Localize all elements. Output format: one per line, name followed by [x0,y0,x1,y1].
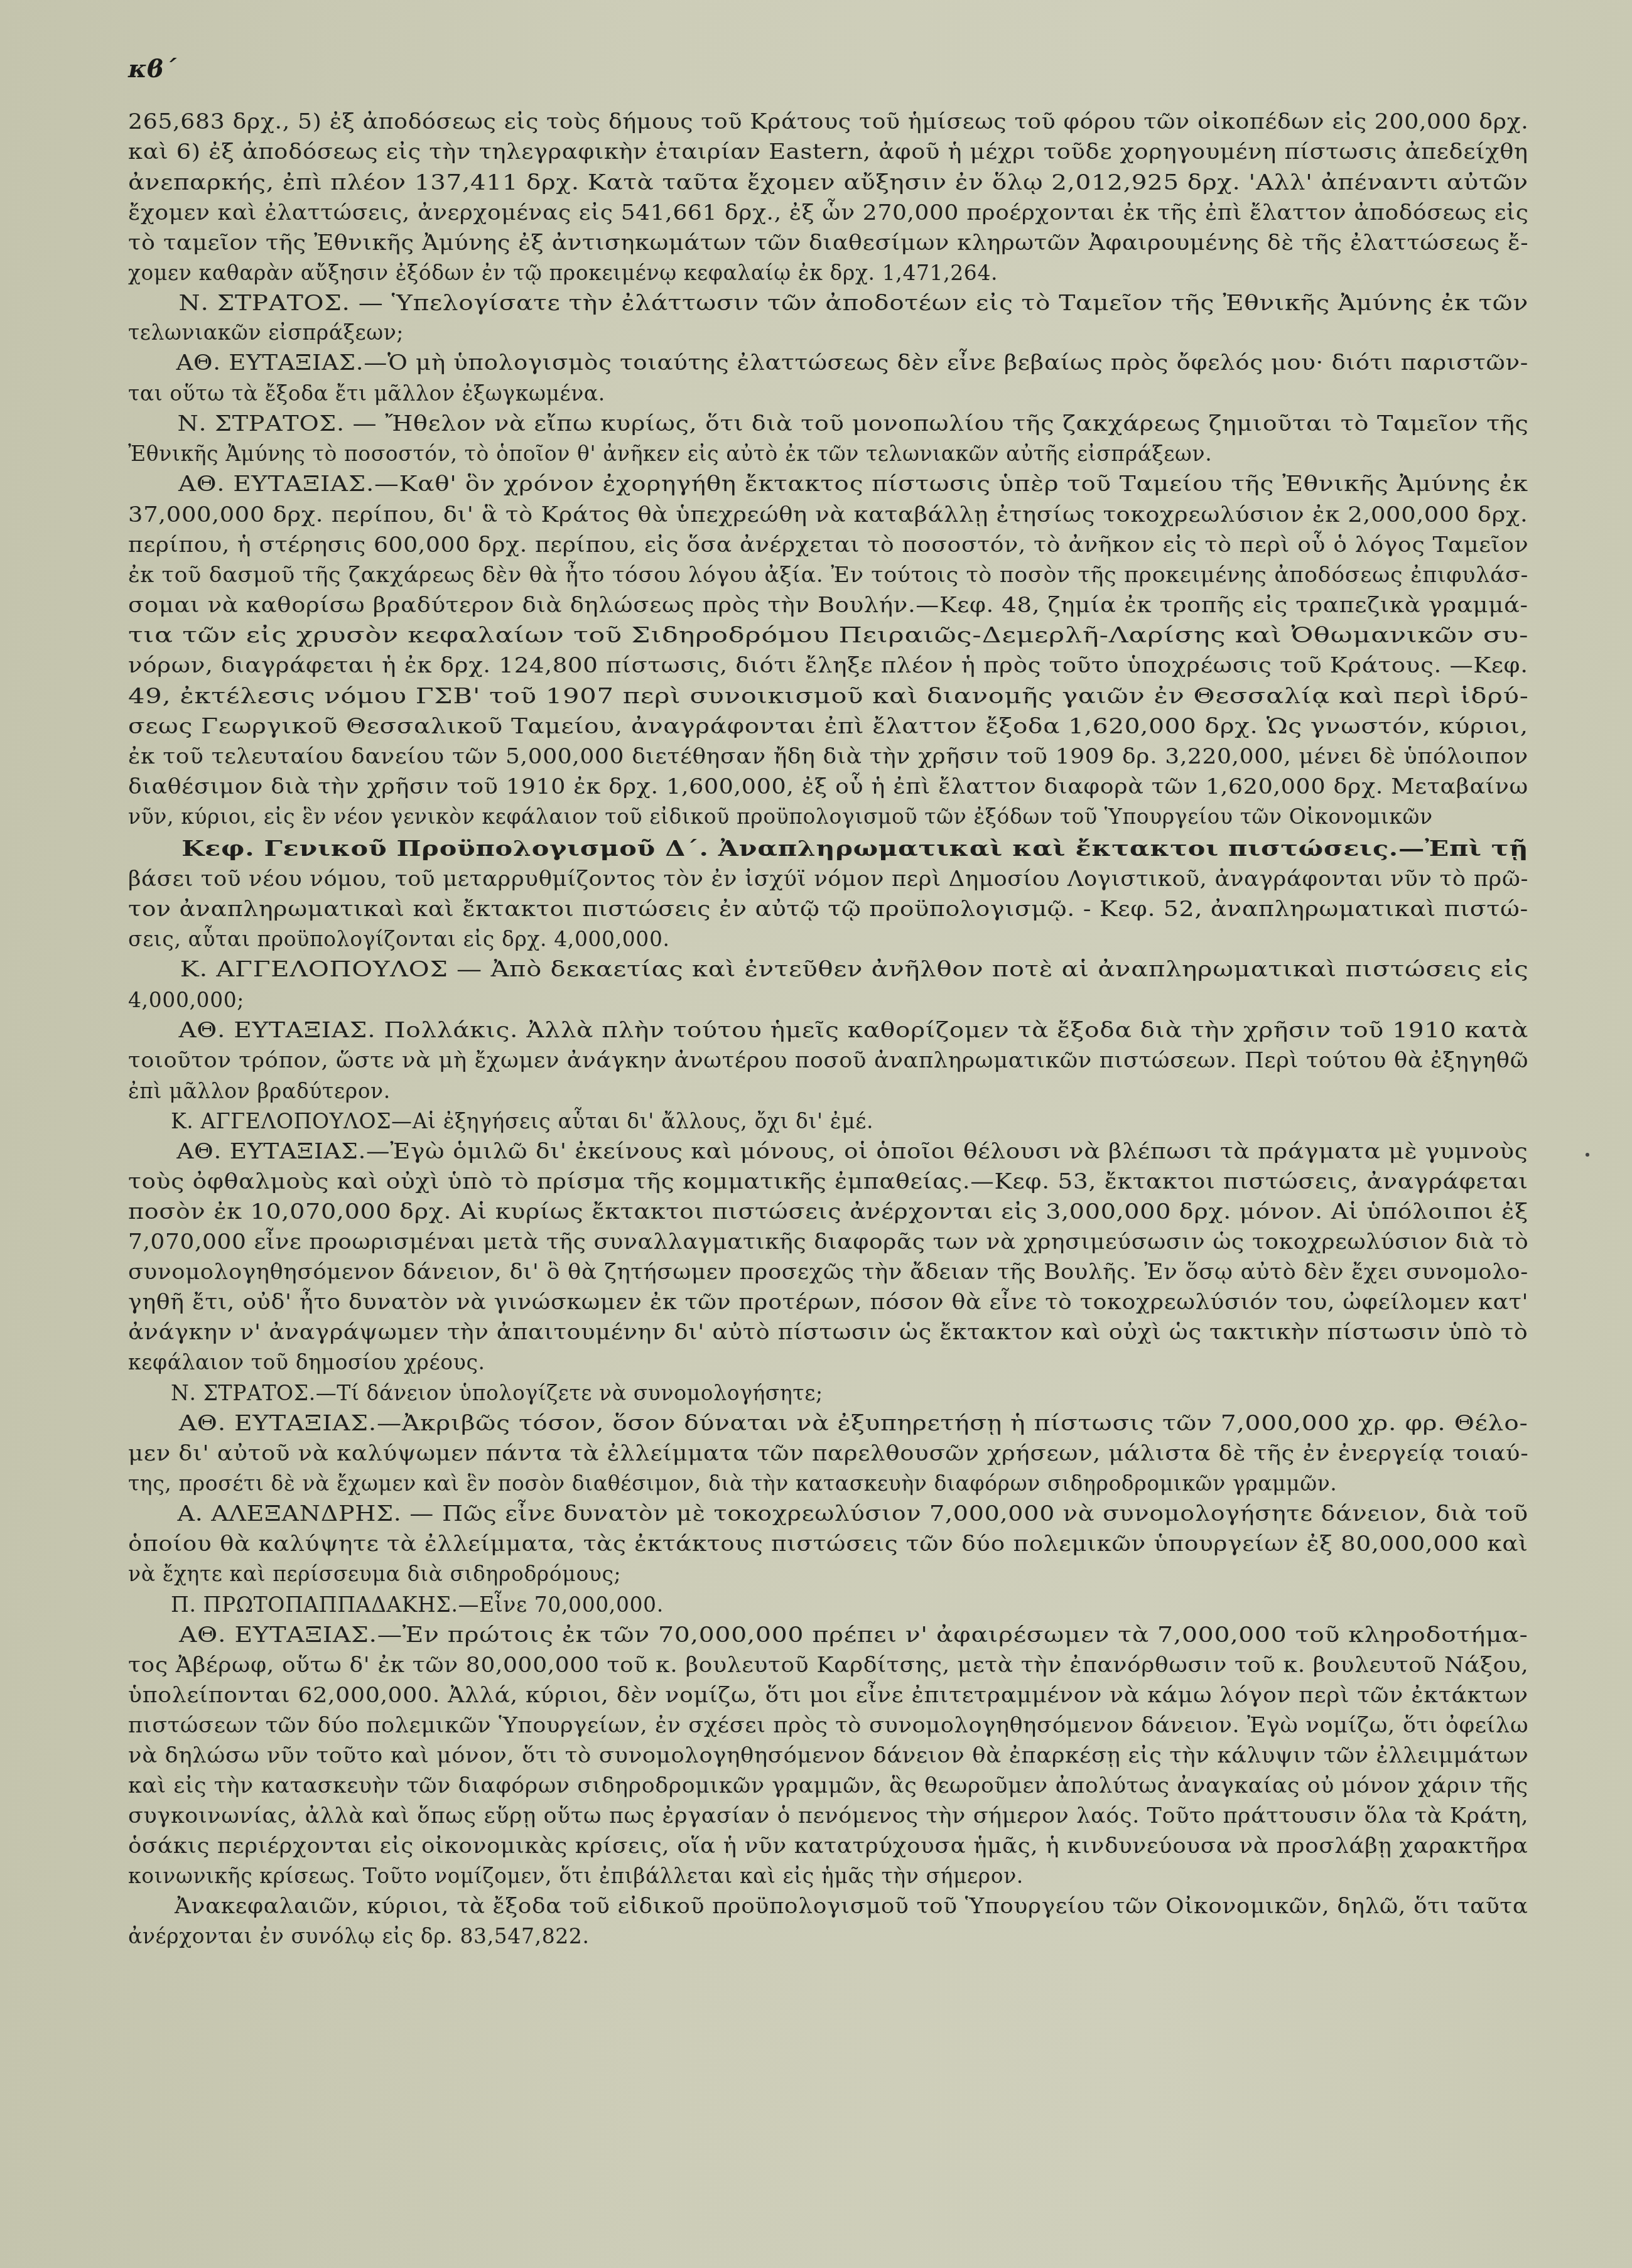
text-line: καὶ 6) ἐξ ἀποδόσεως εἰς τὴν τηλεγραφικὴν… [128,139,1528,165]
paragraph-start-line: ΑΘ. ΕΥΤΑΞΙΑΣ.—Ὁ μὴ ὑπολογισμὸς τοιαύτης … [128,350,1528,375]
text-line: διαθέσιμον διὰ τὴν χρῆσιν τοῦ 1910 ἐκ δρ… [128,774,1528,799]
text-line: σεως Γεωργικοῦ Θεσσαλικοῦ Ταμείου, ἀναγρ… [128,714,1528,739]
text-line: ται οὕτω τὰ ἔξοδα ἔτι μᾶλλον ἐξωγκωμένα. [128,381,605,406]
text-line: τὸ ταμεῖον τῆς Ἐθνικῆς Ἀμύνης ἐξ ἀντισηκ… [128,230,1528,256]
text-line: της, προσέτι δὲ νὰ ἔχωμεν καὶ ἓν ποσὸν δ… [128,1471,1337,1496]
text-line: τελωνιακῶν εἰσπράξεων; [128,320,404,345]
text-line: νὰ δηλώσω νῦν τοῦτο καὶ μόνον, ὅτι τὸ συ… [128,1743,1529,1768]
paragraph-start-line: ΑΘ. ΕΥΤΑΞΙΑΣ.—Ἀκριβῶς τόσον, ὅσον δύνατα… [128,1411,1528,1436]
text-line: νόρων, διαγράφεται ἡ ἐκ δρχ. 124,800 πίσ… [128,653,1528,678]
text-line: νὰ ἔχητε καὶ περίσσευμα διὰ σιδηροδρόμου… [128,1562,621,1587]
text-line: κοινωνικῆς κρίσεως. Τοῦτο νομίζομεν, ὅτι… [128,1864,1024,1889]
text-line: τον ἀναπληρωματικαὶ καὶ ἔκτακτοι πιστώσε… [128,897,1528,922]
text-line: ποσὸν ἐκ 10,070,000 δρχ. Αἱ κυρίως ἔκτακ… [128,1199,1528,1224]
text-line: 49, ἐκτέλεσις νόμου ΓΣΒ' τοῦ 1907 περὶ σ… [128,684,1529,709]
text-line: Ἐθνικῆς Ἀμύνης τὸ ποσοστόν, τὸ ὁποῖον θ'… [128,441,1212,467]
text-line: ἀνεπαρκής, ἐπὶ πλέον 137,411 δρχ. Κατὰ τ… [128,170,1528,195]
text-line: ὑπολείπονται 62,000,000. Ἀλλά, κύριοι, δ… [128,1683,1528,1708]
text-line: τοιοῦτον τρόπον, ὥστε νὰ μὴ ἔχωμεν ἀνάγκ… [128,1048,1528,1073]
paragraph-start-line: Κ. ΑΓΓΕΛΟΠΟΥΛΟΣ — Ἀπὸ δεκαετίας καὶ ἐντε… [128,957,1528,982]
paragraph-start-line: Π. ΠΡΩΤΟΠΑΠΠΑΔΑΚΗΣ.—Εἶνε 70,000,000. [128,1592,664,1617]
text-line: 265,683 δρχ., 5) ἐξ ἀποδόσεως εἰς τοὺς δ… [128,109,1529,134]
paragraph-start-line: ΑΘ. ΕΥΤΑΞΙΑΣ. Πολλάκις. Ἀλλὰ πλὴν τούτου… [128,1018,1528,1043]
text-line: πιστώσεων τῶν δύο πολεμικῶν Ὑπουργείων, … [128,1713,1528,1738]
text-line: 37,000,000 δρχ. περίπου, δι' ἃ τὸ Κράτος… [128,502,1528,527]
text-line: νῦν, κύριοι, εἰς ἓν νέον γενικὸν κεφάλαι… [128,804,1433,829]
text-line: σεις, αὗται προϋπολογίζονται εἰς δρχ. 4,… [128,927,670,952]
text-line: κεφάλαιον τοῦ δημοσίου χρέους. [128,1350,485,1375]
paragraph-start-line: Κ. ΑΓΓΕΛΟΠΟΥΛΟΣ—Αἱ ἐξηγήσεις αὗται δι' ἄ… [128,1109,873,1134]
paragraph-start-line: Ν. ΣΤΡΑΤΟΣ.—Τί δάνειον ὑπολογίζετε νὰ συ… [128,1381,823,1406]
text-line: καὶ εἰς τὴν κατασκευὴν τῶν διαφόρων σιδη… [128,1773,1528,1798]
text-line: ἔχομεν καὶ ἐλαττώσεις, ἀνερχομένας εἰς 5… [128,200,1528,225]
text-line: περίπου, ἡ στέρησις 600,000 δρχ. περίπου… [128,532,1528,558]
text-line: ἀνάγκην ν' ἀναγράψωμεν τὴν ἀπαιτουμένην … [128,1320,1528,1345]
text-line: χομεν καθαρὰν αὔξησιν ἐξόδων ἐν τῷ προκε… [128,261,998,286]
text-line: ἐκ τοῦ τελευταίου δανείου τῶν 5,000,000 … [128,744,1528,769]
text-line: γηθῆ ἔτι, οὐδ' ἦτο δυνατὸν νὰ γινώσκωμεν… [128,1290,1528,1315]
text-line: συνομολογηθησόμενον δάνειον, δι' ὃ θὰ ζη… [128,1260,1528,1285]
page-number: κϐ΄ [128,54,176,84]
text-line: ὁσάκις περιέρχονται εἰς οἰκονομικὰς κρίσ… [128,1833,1528,1859]
paragraph-start-line: ΑΘ. ΕΥΤΑΞΙΑΣ.—Ἐγὼ ὁμιλῶ δι' ἐκείνους καὶ… [128,1139,1528,1164]
paragraph-start-line: Ν. ΣΤΡΑΤΟΣ. — Ἤθελον νὰ εἴπω κυρίως, ὅτι… [128,411,1529,436]
paragraph-start-line: ΑΘ. ΕΥΤΑΞΙΑΣ.—Ἐν πρώτοις ἐκ τῶν 70,000,0… [128,1623,1528,1648]
paragraph-start-line: Ν. ΣΤΡΑΤΟΣ. — Ὑπελογίσατε τὴν ἐλάττωσιν … [128,291,1528,316]
paragraph-start-line: Ἀνακεφαλαιῶν, κύριοι, τὰ ἔξοδα τοῦ εἰδικ… [128,1894,1528,1919]
text-line: 7,070,000 εἶνε προωρισμέναι μετὰ τῆς συν… [128,1229,1528,1255]
paragraph-start-line: Α. ΑΛΕΞΑΝΔΡΗΣ. — Πῶς εἶνε δυνατὸν μὲ τοκ… [128,1501,1528,1526]
text-line: σομαι νὰ καθορίσω βραδύτερον διὰ δηλώσεω… [128,593,1528,618]
text-line: ἐπὶ μᾶλλον βραδύτερον. [128,1079,391,1104]
text-line: ἀνέρχονται ἐν συνόλῳ εἰς δρ. 83,547,822. [128,1924,590,1949]
paragraph-start-line: ΑΘ. ΕΥΤΑΞΙΑΣ.—Καθ' ὃν χρόνον ἐχορηγήθη ἔ… [128,472,1528,497]
section-heading-line: Κεφ. Γενικοῦ Προϋπολογισμοῦ Δ΄. Ἀναπληρω… [128,836,1528,861]
text-line: τια τῶν εἰς χρυσὸν κεφαλαίων τοῦ Σιδηροδ… [128,623,1528,648]
text-line: βάσει τοῦ νέου νόμου, τοῦ μεταρρυθμίζοντ… [128,867,1528,892]
margin-mark [1586,1153,1589,1157]
text-line: ἐκ τοῦ δασμοῦ τῆς ζακχάρεως δὲν θὰ ἦτο τ… [128,563,1528,588]
text-line: ὁποίου θὰ καλύψητε τὰ ἐλλείμματα, τὰς ἐκ… [128,1531,1528,1557]
text-line: 4,000,000; [128,988,244,1013]
text-line: μεν δι' αὐτοῦ νὰ καλύψωμεν πάντα τὰ ἐλλε… [128,1441,1528,1466]
text-line: τος Ἀβέρωφ, οὕτω δ' ἐκ τῶν 80,000,000 το… [128,1653,1528,1678]
text-line: συγκοινωνίας, ἀλλὰ καὶ ὅπως εὕρῃ οὕτω πω… [128,1803,1528,1828]
text-line: τοὺς ὀφθαλμοὺς καὶ οὐχὶ ὑπὸ τὸ πρίσμα τῆ… [128,1169,1528,1194]
